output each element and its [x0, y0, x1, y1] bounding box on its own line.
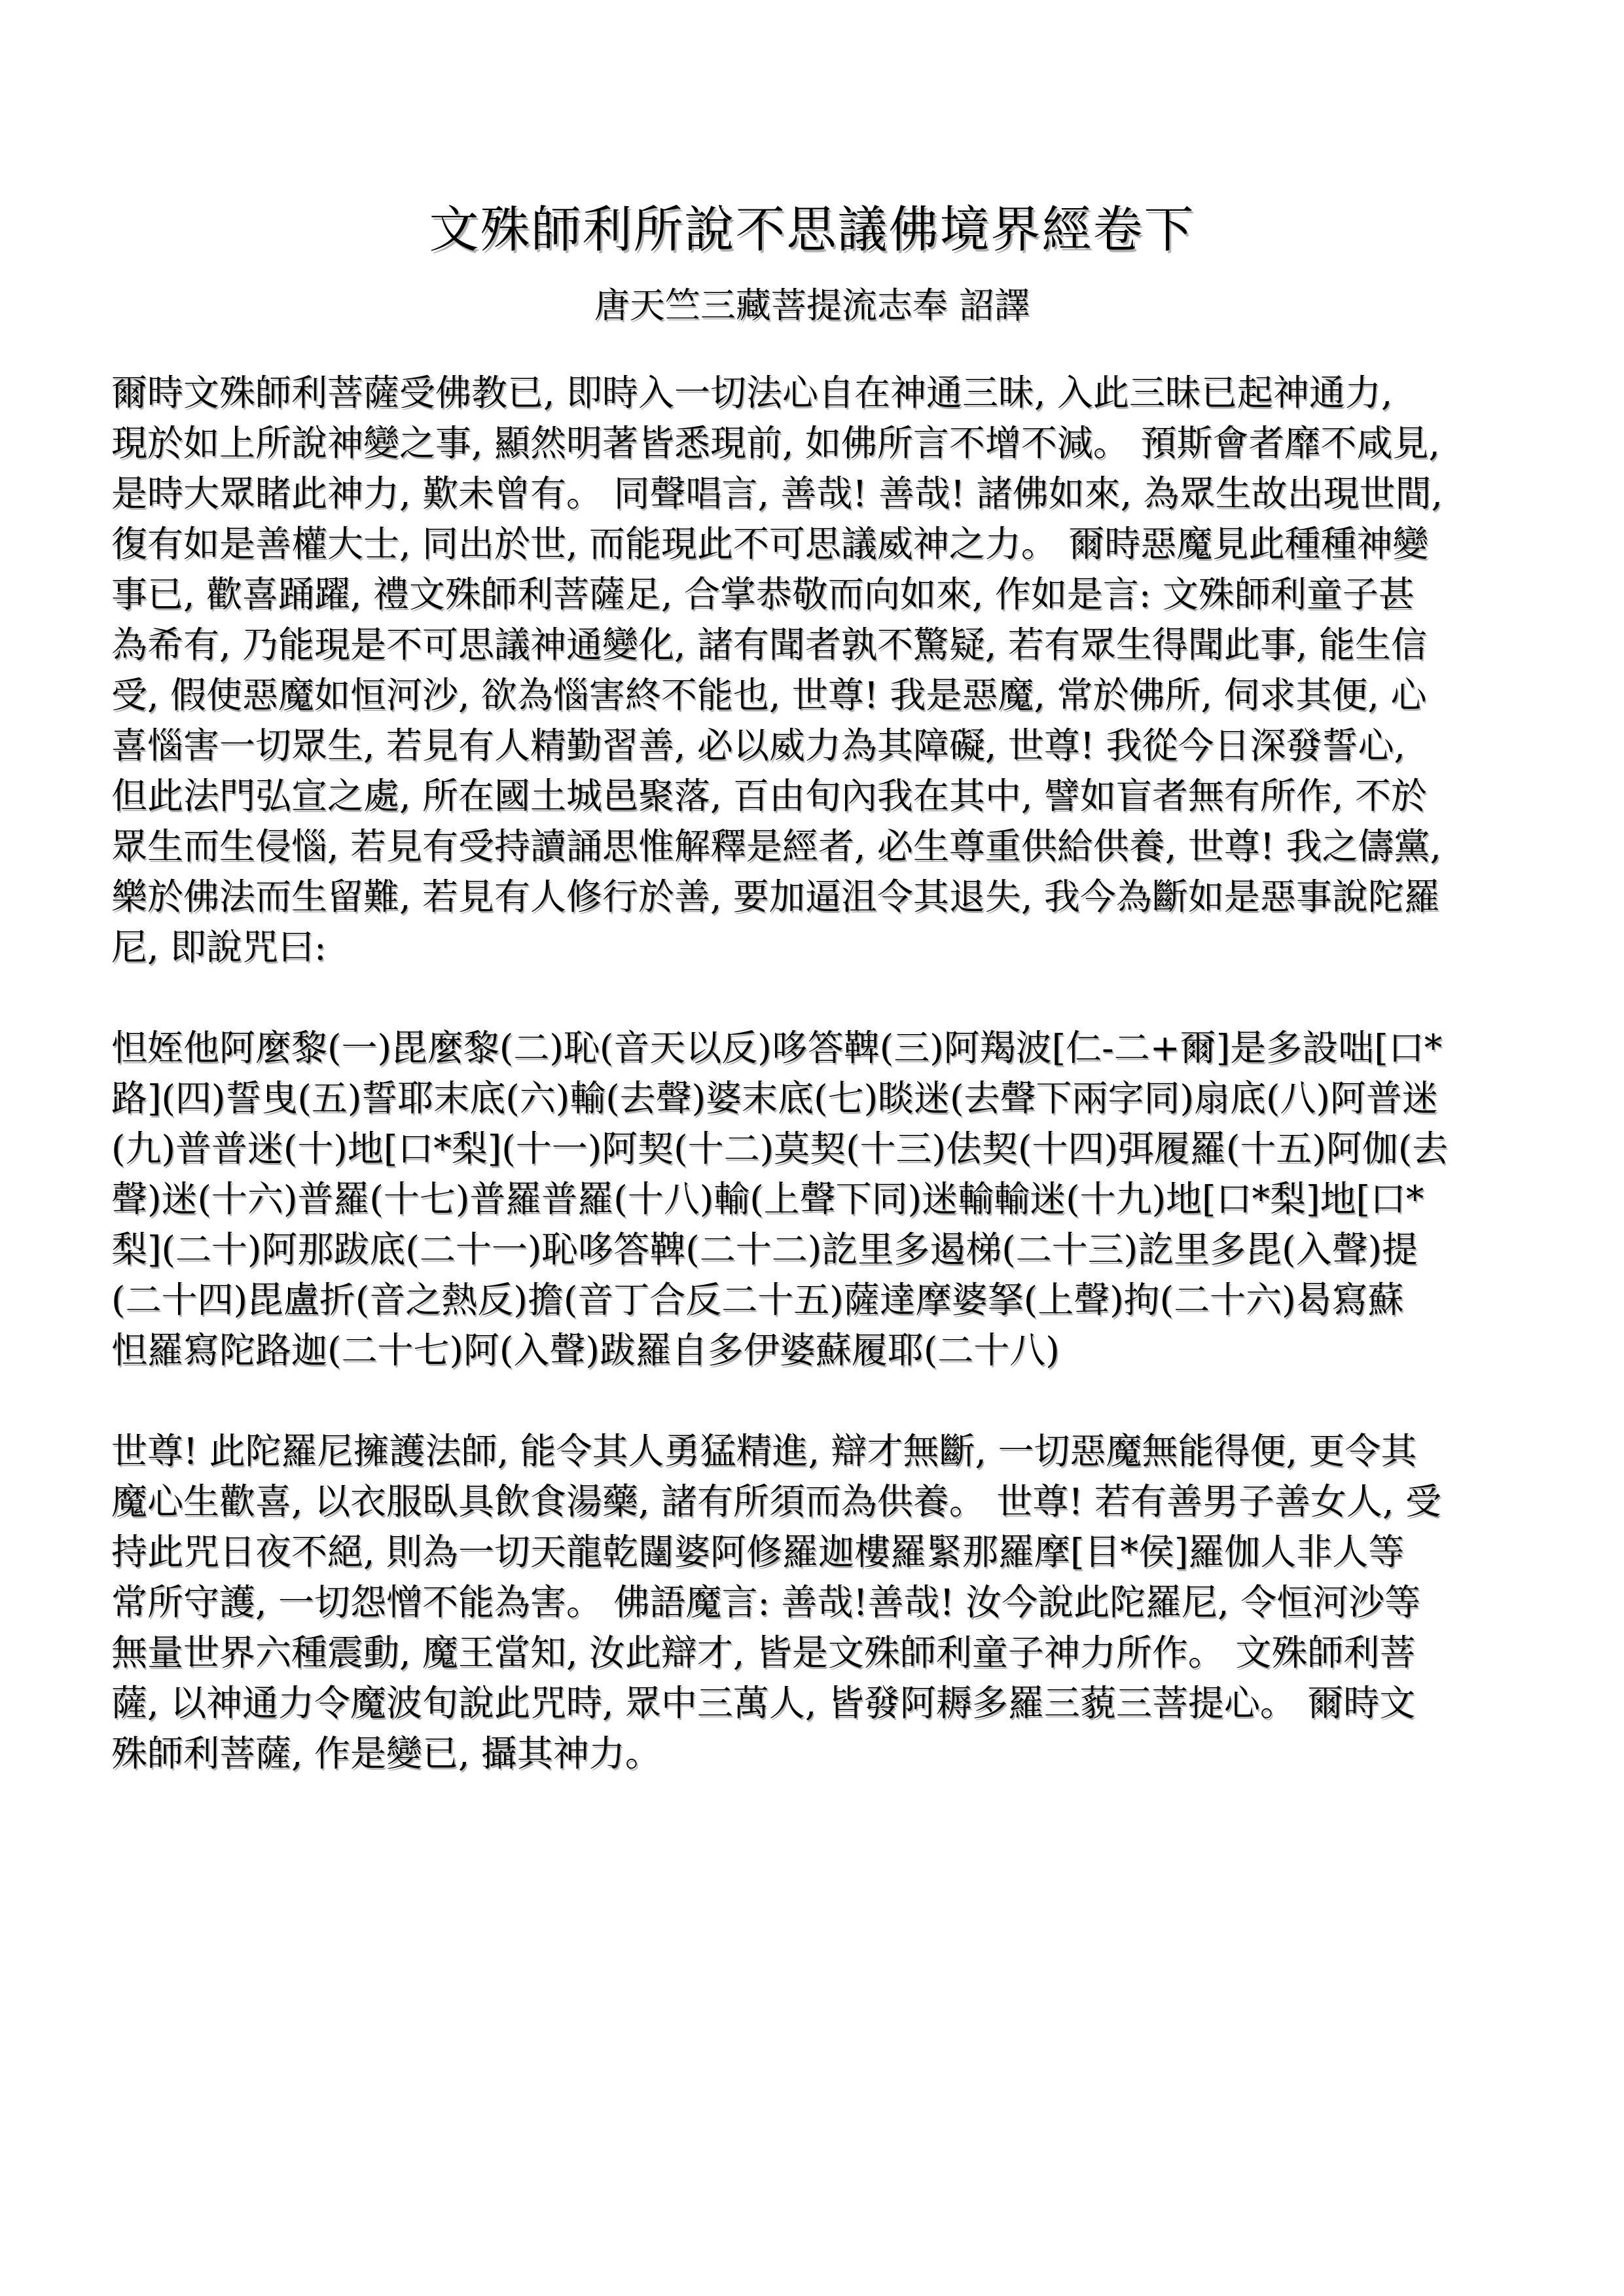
- paragraph-intro: 爾時文殊師利菩薩受佛教已, 即時入一切法心自在神通三昧, 入此三昧已起神通力, …: [111, 368, 1517, 973]
- paragraph-dharani: 怛姪他阿麼黎(一)毘麼黎(二)恥(音天以反)哆答鞞(三)阿羯波[仁-二+爾]是多…: [111, 1023, 1517, 1376]
- paragraph-conclusion: 世尊! 此陀羅尼擁護法師, 能令其人勇猛精進, 辯才無斷, 一切惡魔無能得便, …: [111, 1426, 1517, 1779]
- document-page: 文殊師利所說不思議佛境界經卷下 唐天竺三藏菩提流志奉 詔譯 爾時文殊師利菩薩受佛…: [0, 0, 1624, 2296]
- document-title: 文殊師利所說不思議佛境界經卷下: [0, 194, 1624, 266]
- translator-attribution: 唐天竺三藏菩提流志奉 詔譯: [0, 284, 1624, 327]
